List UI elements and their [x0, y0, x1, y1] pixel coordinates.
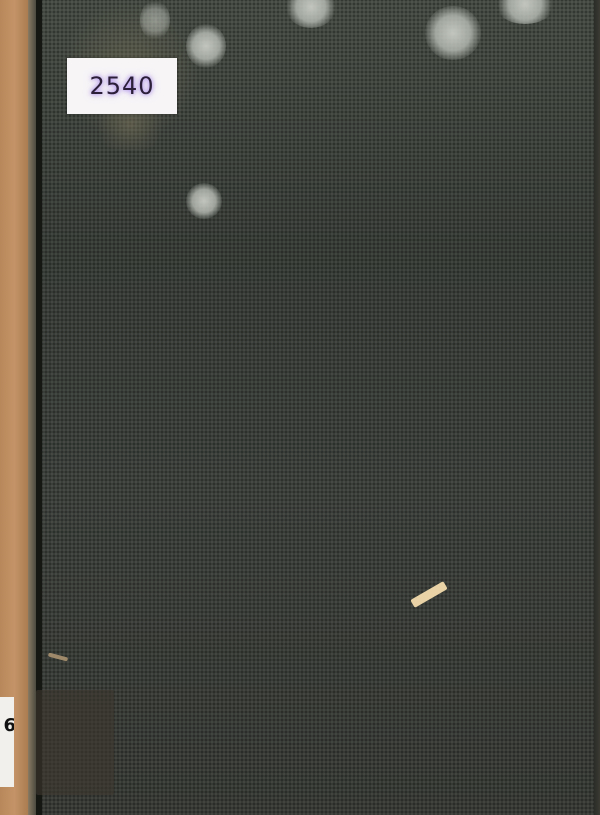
removed-sticker-mark	[36, 690, 114, 795]
catalog-number: 2540	[89, 72, 154, 100]
spine-call-number: 6	[3, 715, 14, 736]
book-cover-photo: 2540 6	[0, 0, 600, 815]
spine-edge	[28, 0, 36, 815]
faded-spot	[186, 183, 222, 219]
faded-spot	[140, 0, 170, 40]
cover-right-edge	[594, 0, 600, 815]
faded-spot	[425, 6, 481, 60]
catalog-number-label: 2540	[67, 58, 177, 114]
faded-spot	[186, 24, 226, 68]
spine-call-number-label: 6	[0, 697, 14, 787]
